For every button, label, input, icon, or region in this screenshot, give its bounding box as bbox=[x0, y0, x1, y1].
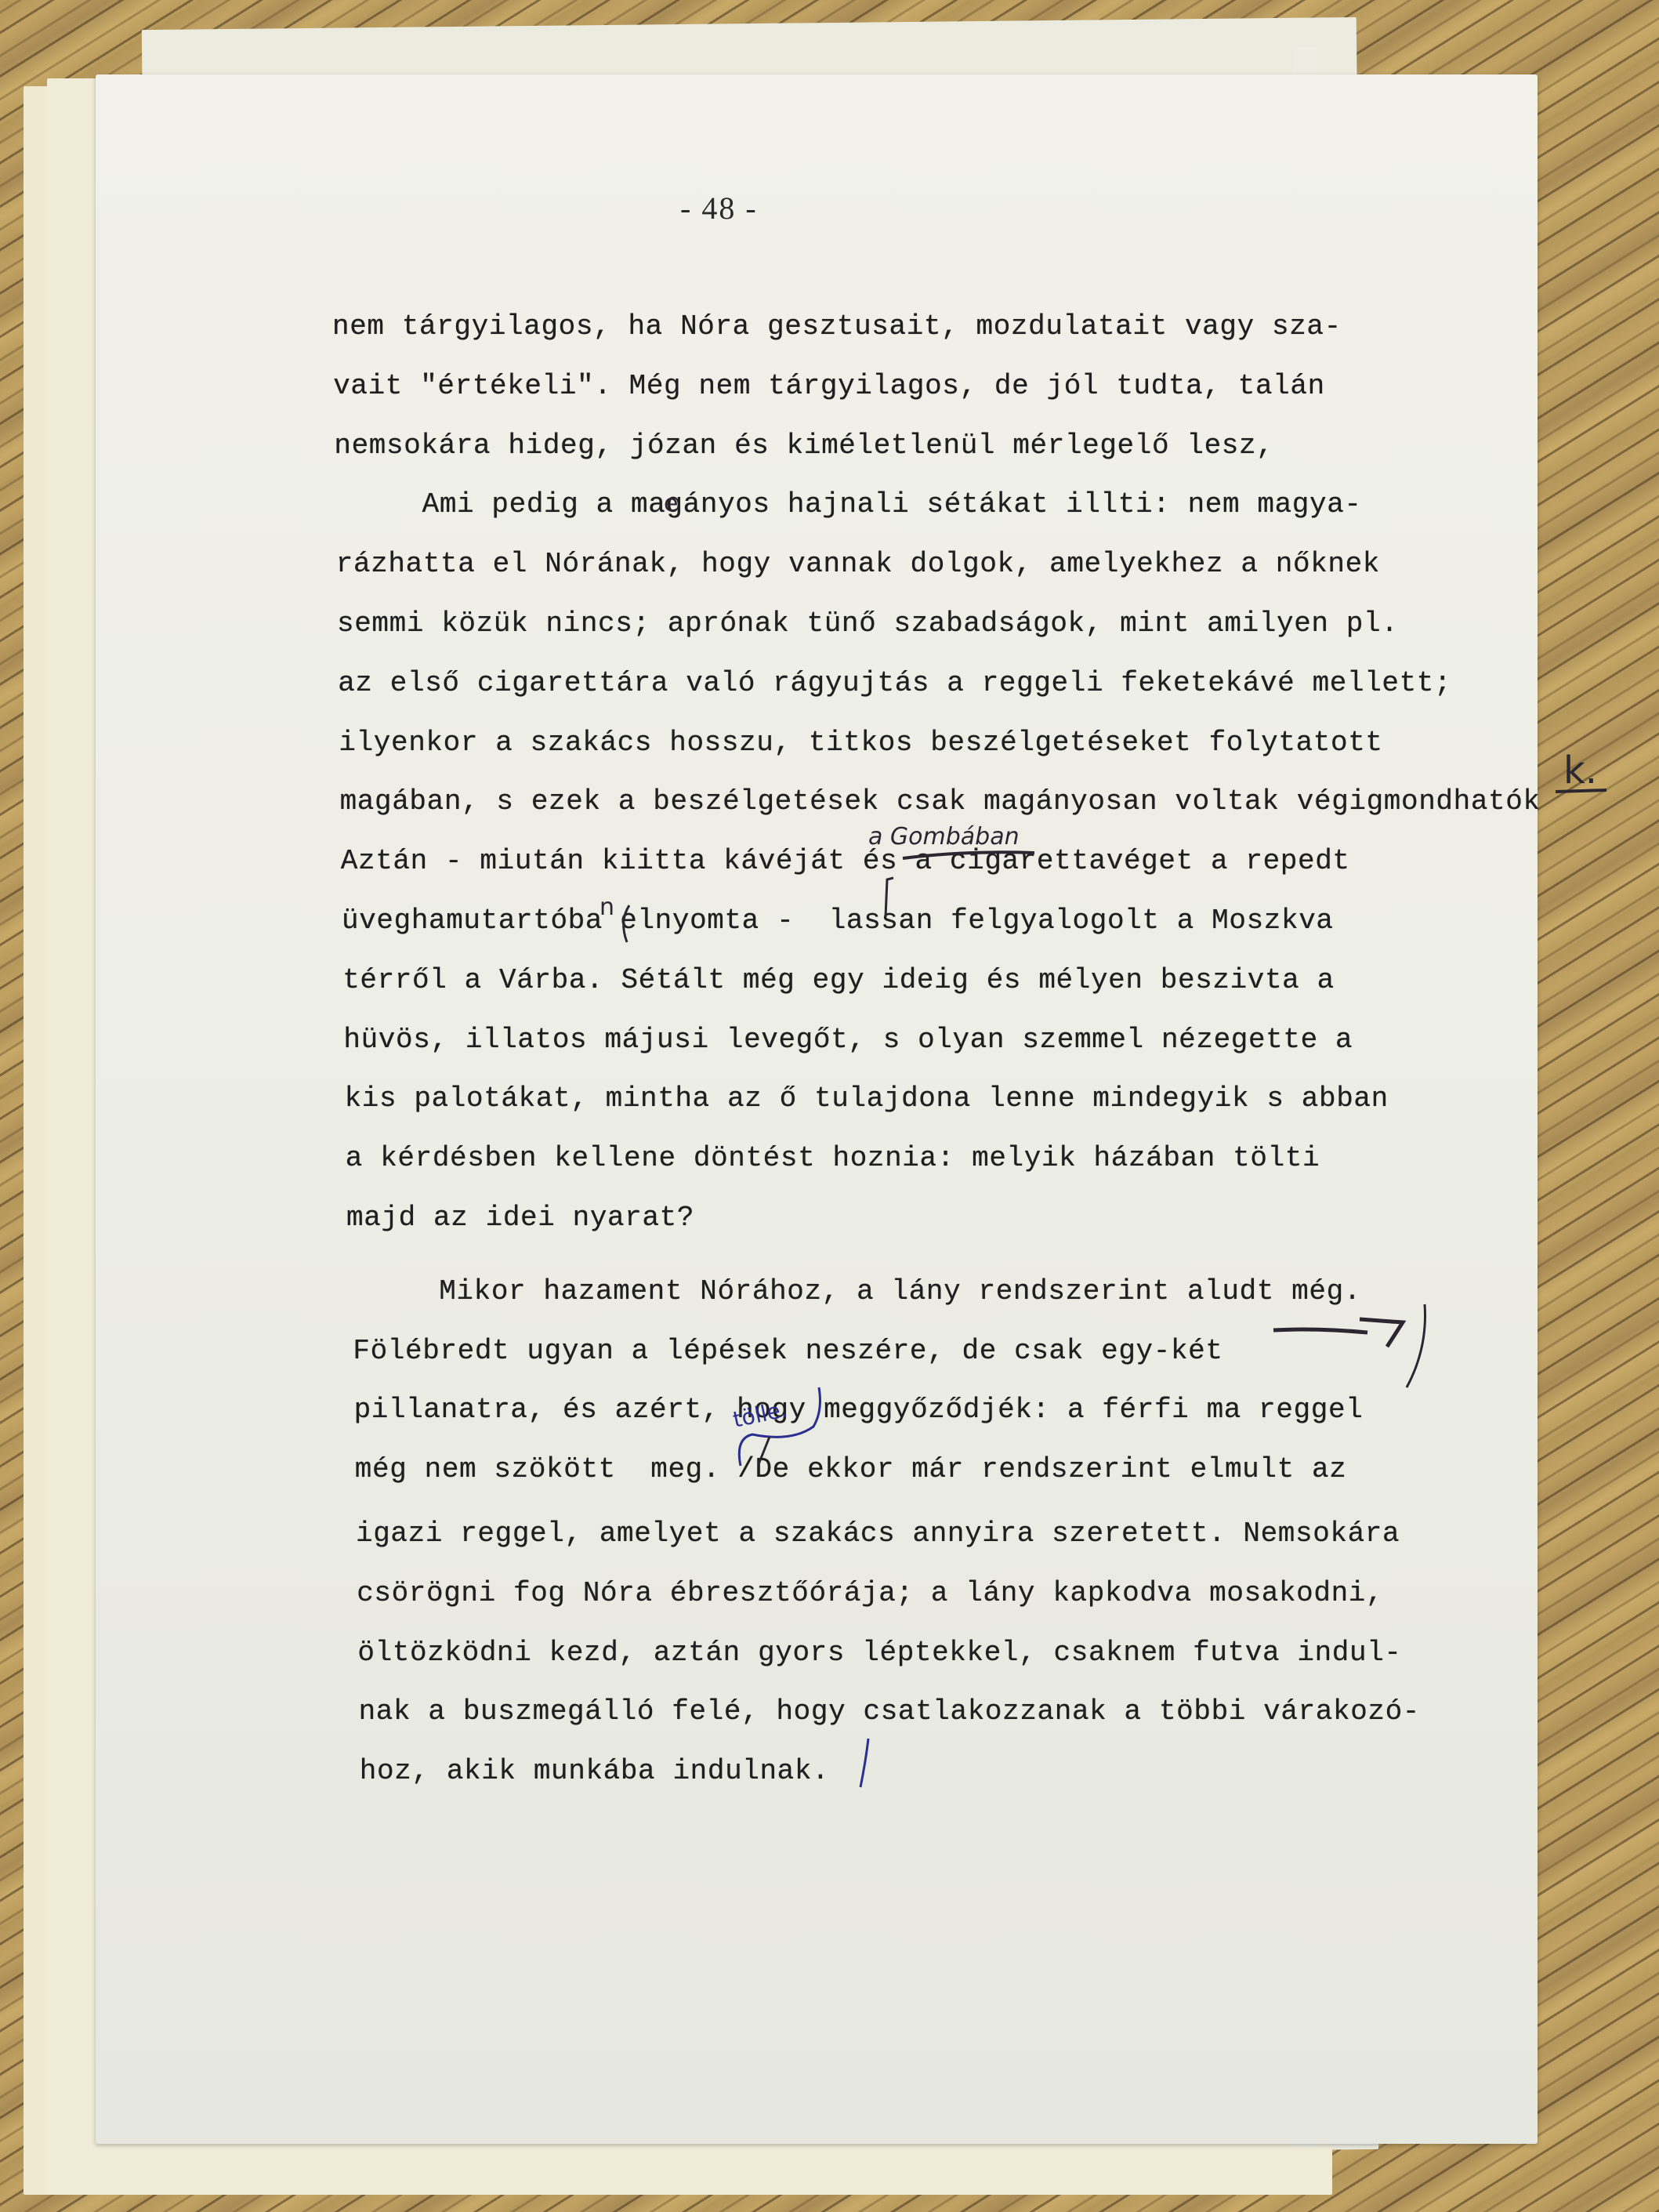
typed-line: üveghamutartóba elnyomta - lassan felgya… bbox=[342, 905, 1334, 937]
typed-line: térről a Várba. Sétált még egy ideig és … bbox=[342, 964, 1335, 996]
handwritten-margin-k: k. bbox=[1563, 749, 1597, 792]
typed-line: semmi közük nincs; aprónak tünő szabadsá… bbox=[337, 607, 1398, 640]
typed-line: a kérdésben kellene döntést hoznia: mely… bbox=[346, 1142, 1320, 1174]
handwritten-insert-gombaban: a Gombában bbox=[868, 823, 1020, 850]
typed-line: Aztán - miután kiitta kávéját és a cigar… bbox=[341, 845, 1350, 877]
typed-line: vait "értékeli". Még nem tárgyilagos, de… bbox=[333, 370, 1325, 402]
typed-line: öltözködni kezd, aztán gyors léptekkel, … bbox=[357, 1637, 1401, 1669]
typed-line: nem tárgyilagos, ha Nóra gesztusait, moz… bbox=[332, 310, 1342, 343]
handwritten-insert-n: n bbox=[599, 894, 614, 921]
typed-line: Mikor hazament Nórához, a lány rendszeri… bbox=[352, 1275, 1361, 1307]
handwritten-insert-e: e bbox=[664, 490, 678, 517]
typed-line: nak a buszmegálló felé, hogy csatlakozza… bbox=[359, 1695, 1420, 1728]
typed-line: kis palotákat, mintha az ő tulajdona len… bbox=[345, 1082, 1389, 1115]
typed-line: csörögni fog Nóra ébresztőórája; a lány … bbox=[357, 1577, 1383, 1609]
typed-line: pillanatra, és azért, hogy meggyőződjék:… bbox=[354, 1394, 1364, 1426]
typed-line: magában, s ezek a beszélgetések csak mag… bbox=[340, 785, 1541, 818]
typed-line: Ami pedig a magányos hajnali sétákat ill… bbox=[335, 488, 1362, 520]
typed-line: rázhatta el Nórának, hogy vannak dolgok,… bbox=[336, 548, 1380, 580]
typed-line: igazi reggel, amelyet a szakács annyira … bbox=[356, 1518, 1400, 1550]
typed-line: Fölébredt ugyan a lépések neszére, de cs… bbox=[353, 1335, 1223, 1367]
typed-line: hoz, akik munkába indulnak. bbox=[360, 1755, 830, 1787]
typed-line: még nem szökött meg. /De ekkor már rends… bbox=[355, 1453, 1347, 1485]
typed-line: hüvös, illatos májusi levegőt, s olyan s… bbox=[343, 1024, 1353, 1056]
typed-line: ilyenkor a szakács hosszu, titkos beszél… bbox=[339, 727, 1382, 759]
typed-line: nemsokára hideg, józan és kiméletlenül m… bbox=[334, 430, 1273, 462]
typed-line: majd az idei nyarat? bbox=[346, 1202, 694, 1234]
page-number: - 48 - bbox=[680, 190, 758, 227]
typed-line: az első cigarettára való rágyujtás a reg… bbox=[338, 667, 1451, 699]
